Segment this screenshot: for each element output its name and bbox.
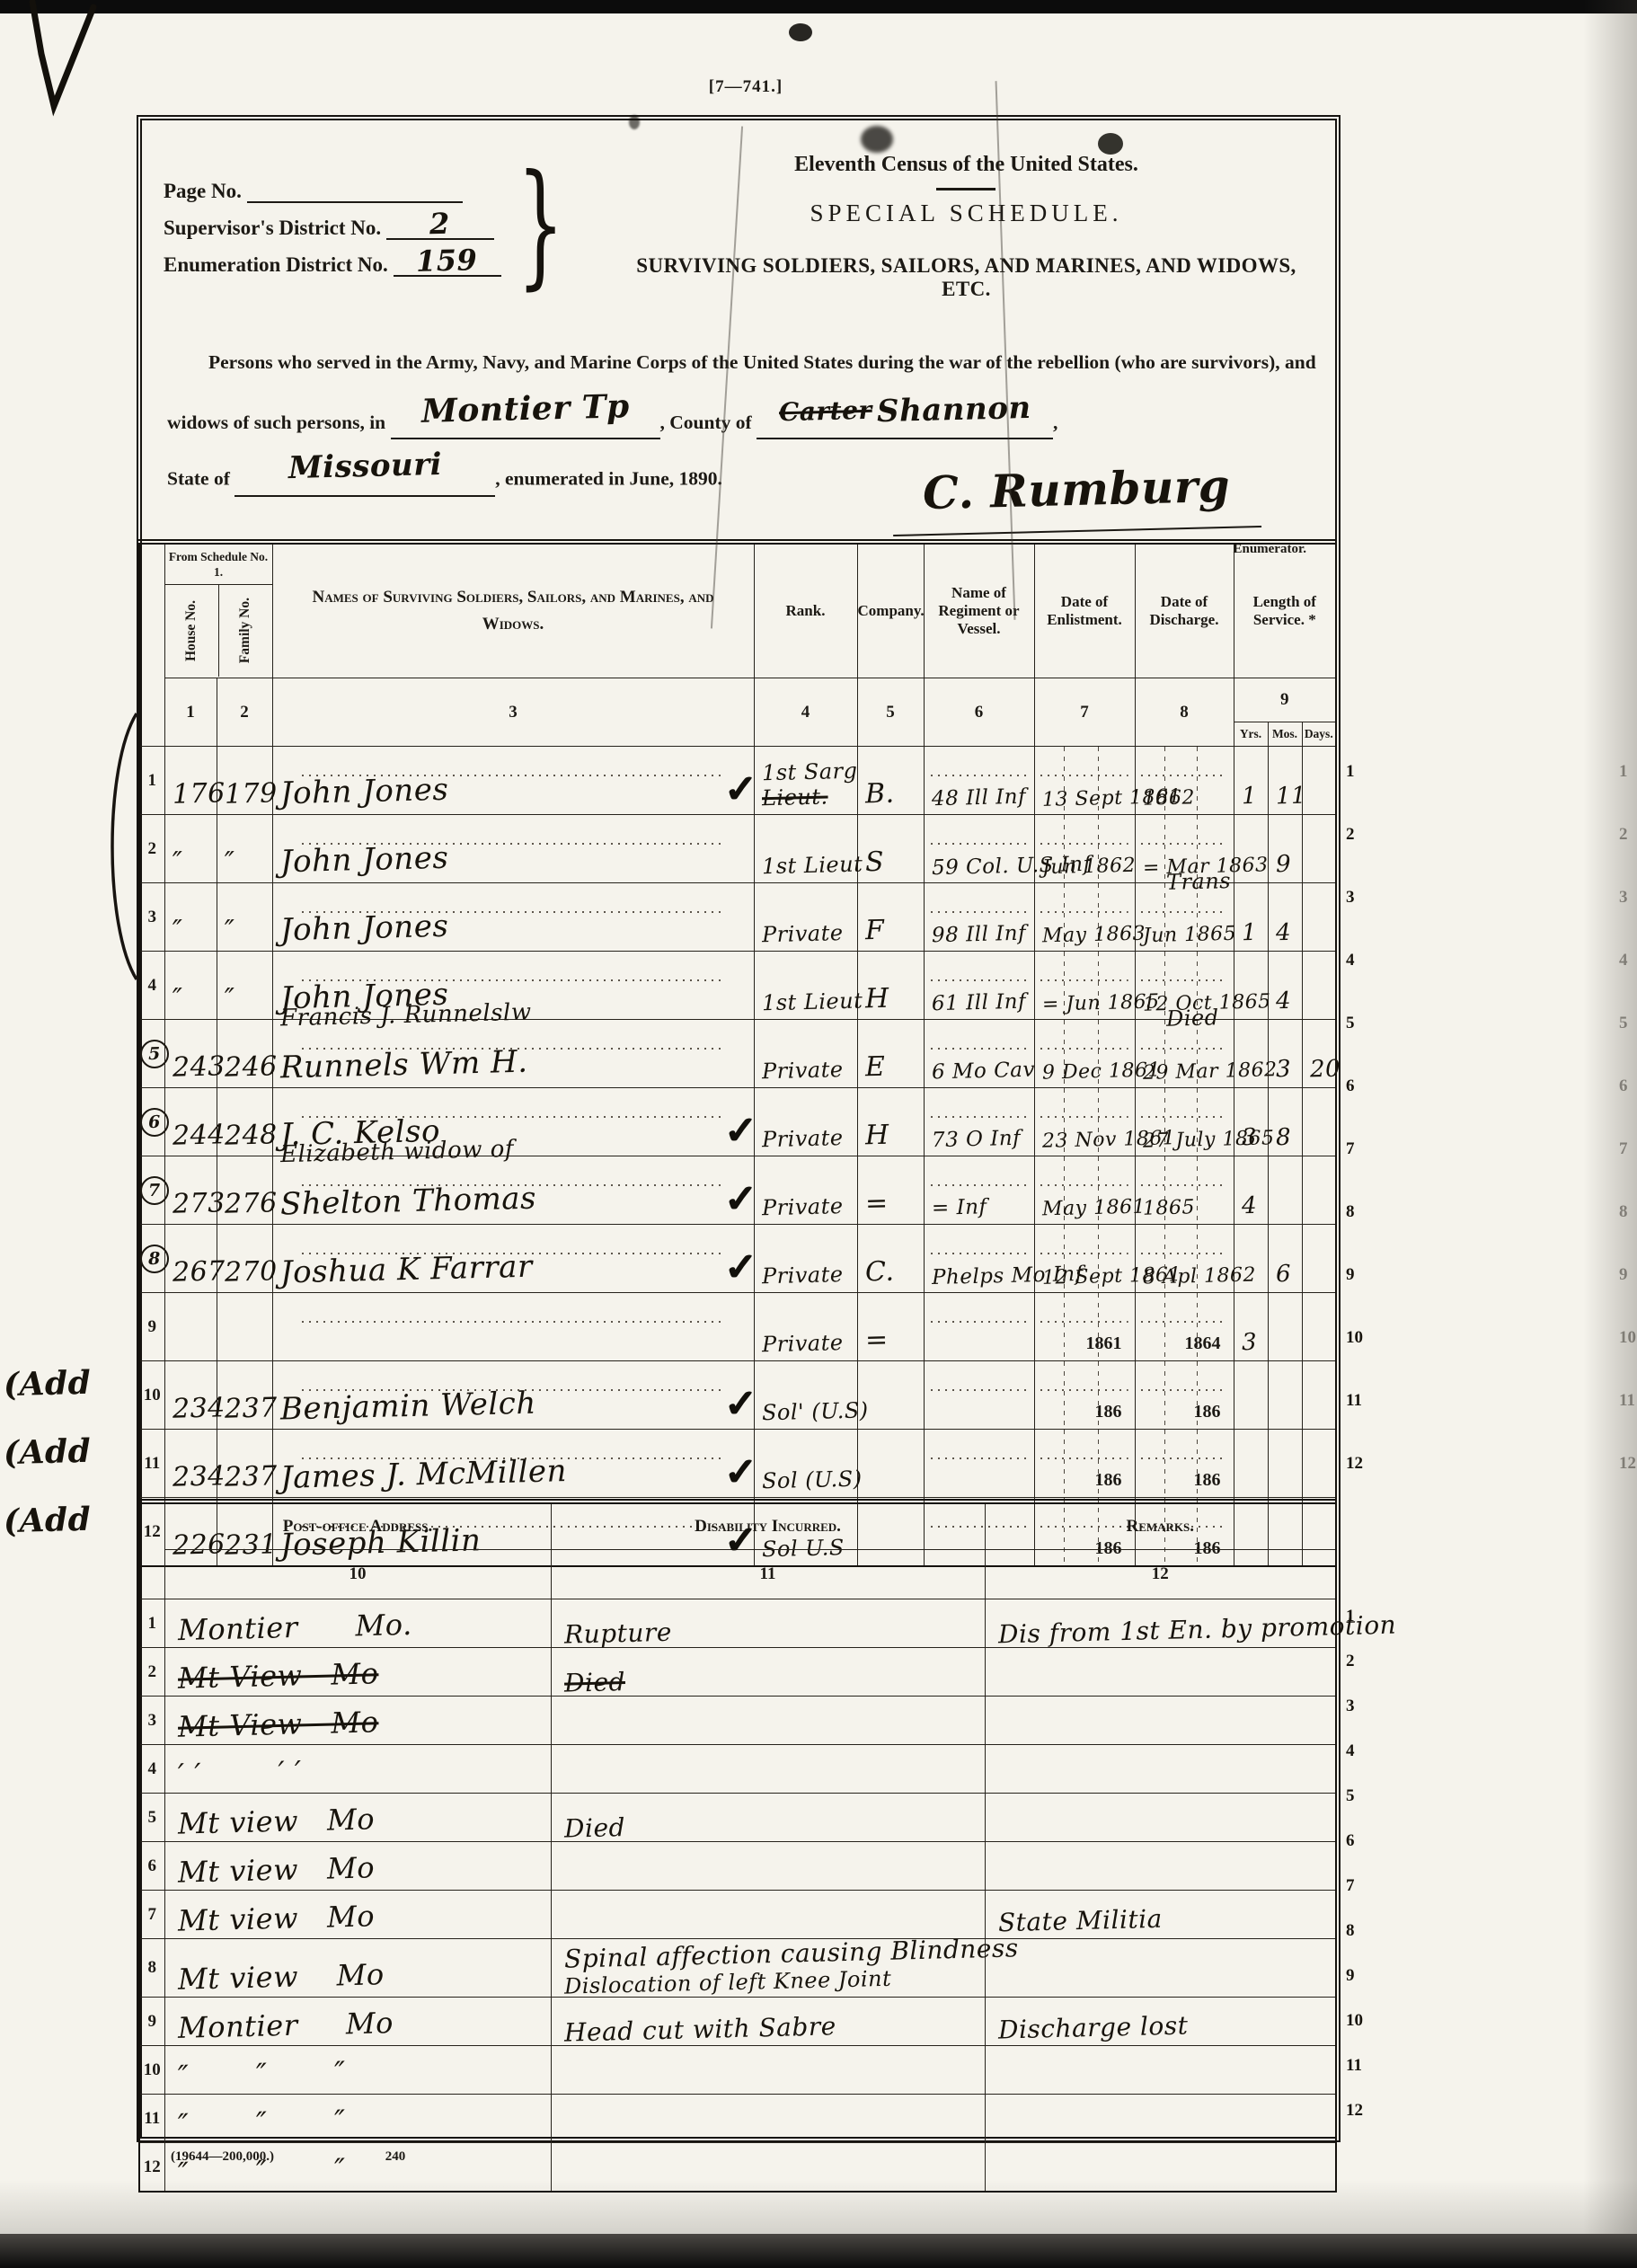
post-office-address-cell: Montier Mo [164, 1998, 551, 2046]
names-column-header: Names of Surviving Soldiers, Sailors, an… [272, 542, 754, 678]
house-no-cell: ″ [164, 815, 217, 883]
discharge-column-header: Date of Discharge. [1135, 542, 1234, 678]
scan-edge-right [1583, 0, 1637, 2268]
col-number-1: 1 [164, 678, 217, 747]
months-cell [1268, 1361, 1302, 1430]
from-schedule-note: From Schedule No. 1. [165, 545, 272, 585]
company-cell: = [857, 1293, 924, 1361]
months-cell: 6 [1268, 1225, 1302, 1293]
col-number-8: 8 [1135, 678, 1234, 747]
margin-row-number: 6 [1346, 1055, 1363, 1118]
row-number: 2 [148, 839, 157, 858]
regiment-cell: 48 Ill Inf [924, 747, 1034, 815]
regiment-cell: 6 Mo Cav [924, 1020, 1034, 1088]
years-cell [1234, 952, 1268, 1020]
soldier-row: 9 Private = 1861 1864 3 [139, 1293, 1336, 1361]
table-header-row: From Schedule No. 1. House No. Family No… [139, 542, 1336, 678]
post-office-address-cell: Mt view Mo [164, 1842, 551, 1891]
soldier-name: Joshua K Farrar [279, 1249, 533, 1291]
family-no-cell: 248 [217, 1088, 272, 1156]
col-number-3: 3 [272, 678, 754, 747]
company-cell: S [857, 815, 924, 883]
intro-line2: widows of such persons, in Montier Tp, C… [167, 380, 1319, 440]
soldier-row: 5 243 246 Francis J. Runnelslw Runnels W… [139, 1020, 1336, 1088]
regiment-cell [924, 1293, 1034, 1361]
house-no-cell: 243 [164, 1020, 217, 1088]
post-office-address-cell: ″ ″ ″ [164, 2095, 551, 2143]
row-number: 10 [144, 1386, 161, 1404]
row-number-cell: 8 [139, 1939, 164, 1998]
family-no-cell: 237 [217, 1430, 272, 1498]
discharge-cell: 1862 [1135, 747, 1234, 815]
years-cell [1234, 815, 1268, 883]
ink-blob [861, 126, 893, 153]
soldier-name: Shelton Thomas [279, 1181, 536, 1223]
regiment-cell: 73 O Inf [924, 1088, 1034, 1156]
house-no-cell: 267 [164, 1225, 217, 1293]
soldier-name: Runnels Wm H. [279, 1044, 527, 1086]
post-office-address-cell: Mt view Mo [164, 1891, 551, 1939]
print-code: (19644—200,000.) [171, 2149, 274, 2164]
days-cell: 20 [1302, 1020, 1336, 1088]
family-no-cell: 276 [217, 1156, 272, 1225]
margin-row-number: 2 [1346, 1639, 1363, 1684]
company-cell [857, 1430, 924, 1498]
row-number-cell: 9 [139, 1998, 164, 2046]
soldier-row: 8 267 270 Joshua K Farrar ✓ Private C. P… [139, 1225, 1336, 1293]
ink-blob [789, 23, 812, 41]
days-cell [1302, 1293, 1336, 1361]
form-header: Page No. Supervisor's District No. 2 Enu… [164, 149, 1323, 301]
address-disability-table: Post-office Address. Disability Incurred… [138, 1499, 1337, 2193]
house-no-header: House No. [165, 585, 219, 677]
brace-glyph [517, 168, 563, 283]
remarks-cell [985, 2095, 1336, 2143]
years-cell: 4 [1234, 1156, 1268, 1225]
row-number-cell: 6 [139, 1088, 164, 1156]
discharge-annotation: Trans [1165, 868, 1231, 895]
title-block: Eleventh Census of the United States. SP… [610, 149, 1323, 301]
col-number-10: 10 [164, 1550, 551, 1599]
schedule-title: SPECIAL SCHEDULE. [610, 199, 1323, 227]
remarks-cell [985, 1745, 1336, 1794]
col-number-6: 6 [924, 678, 1034, 747]
remarks-cell: State Militia [985, 1891, 1336, 1939]
soldier-row: 1 176 179 John Jones ✓ 1st Sarg Lieut. B… [139, 747, 1336, 815]
years-cell: 3 [1234, 1088, 1268, 1156]
margin-add-note: (Add [4, 1432, 92, 1472]
discharge-cell: 8 Apl 1862 [1135, 1225, 1234, 1293]
company-cell: B. [857, 747, 924, 815]
district-fields: Page No. Supervisor's District No. 2 Enu… [164, 149, 583, 301]
company-cell: C. [857, 1225, 924, 1293]
discharge-cell: Trans Jun 1865 [1135, 883, 1234, 952]
right-margin-row-numbers-main: 1 2 3 4 5 6 7 8 9 10 11 12 [1346, 740, 1363, 1495]
soldier-name: John Jones [279, 908, 448, 949]
name-cell: Francis J. Runnelslw Runnels Wm H. [272, 1020, 754, 1088]
margin-row-number: 5 [1346, 992, 1363, 1055]
days-subheader: Days. [1302, 722, 1336, 747]
handwritten-margin-brace [97, 712, 144, 981]
struck-disability: Died [563, 1658, 981, 1697]
disability-cell [551, 2095, 985, 2143]
name-cell: Elizabeth widow of Shelton Thomas ✓ [272, 1156, 754, 1225]
months-cell: 8 [1268, 1088, 1302, 1156]
rank-cell: Private [754, 883, 857, 952]
regiment-cell: = Inf [924, 1156, 1034, 1225]
row-number: 11 [144, 1454, 160, 1473]
margin-row-number: 5 [1346, 1774, 1363, 1819]
name-annotation: Elizabeth widow of [279, 1136, 514, 1168]
house-no-cell: 176 [164, 747, 217, 815]
name-cell [272, 1293, 754, 1361]
family-no-cell: 270 [217, 1225, 272, 1293]
name-cell: John Jones [272, 883, 754, 952]
remarks-cell [985, 1648, 1336, 1697]
enumerated-label: , enumerated in June, 1890. [495, 468, 722, 490]
days-cell [1302, 1361, 1336, 1430]
days-cell [1302, 1430, 1336, 1498]
row-number-cell: 9 [139, 1293, 164, 1361]
row-number-cell: 3 [139, 1697, 164, 1745]
checkmark-icon: ✓ [724, 1245, 757, 1290]
margin-row-number: 10 [1346, 1998, 1363, 2043]
name-cell: Joshua K Farrar ✓ [272, 1225, 754, 1293]
row-number-cell: 5 [139, 1020, 164, 1088]
checkmark-icon: ✓ [724, 1449, 757, 1495]
remarks-column-header: Remarks. [985, 1502, 1336, 1550]
rank-cell: Private [754, 1020, 857, 1088]
house-no-cell: ″ [164, 952, 217, 1020]
enlistment-cell: 13 Sept 1861 [1034, 747, 1135, 815]
disability-cell [551, 2046, 985, 2095]
rank-cell: 1st Sarg Lieut. [754, 747, 857, 815]
enlistment-cell: 23 Nov 1861 [1034, 1088, 1135, 1156]
address-row: 9 Montier Mo Head cut with Sabre Dischar… [139, 1998, 1336, 2046]
checkmark-icon: ✓ [724, 1518, 757, 1564]
rank-cell: 1st Lieut [754, 952, 857, 1020]
soldier-name: James J. McMillen [279, 1453, 567, 1496]
family-no-cell: ″ [217, 883, 272, 952]
supervisor-district-field: Supervisor's District No. 2 [164, 211, 501, 240]
margin-row-number: 8 [1346, 1181, 1363, 1244]
address-row: 6 Mt view Mo [139, 1842, 1336, 1891]
disability-cell: Died [551, 1648, 985, 1697]
county-suffix: , [1053, 412, 1057, 433]
margin-row-number: 12 [1346, 1432, 1363, 1495]
post-office-address-cell: ′ ′ ′ ′ [164, 1745, 551, 1794]
months-cell [1268, 1293, 1302, 1361]
years-cell: 1 [1234, 747, 1268, 815]
disability-cell [551, 1745, 985, 1794]
enumeration-district-field: Enumeration District No. 159 [164, 248, 501, 277]
house-no-cell: 244 [164, 1088, 217, 1156]
regiment-column-header: Name of Regiment or Vessel. [924, 542, 1034, 678]
row-number-cell: 8 [139, 1225, 164, 1293]
handwritten-checkmark-icon [7, 0, 115, 126]
months-cell [1268, 1156, 1302, 1225]
post-office-address-cell: Mt view Mo [164, 1794, 551, 1842]
house-no-cell: ″ [164, 883, 217, 952]
title-rule [936, 188, 995, 190]
months-cell: 3 [1268, 1020, 1302, 1088]
rank-cell: Private [754, 1156, 857, 1225]
row-number: 9 [148, 1317, 157, 1336]
house-family-headers: House No. Family No. [165, 585, 272, 677]
enumeration-district-label: Enumeration District No. [164, 253, 388, 276]
remarks-cell [985, 1842, 1336, 1891]
rank-cell: Private [754, 1088, 857, 1156]
family-no-cell [217, 1293, 272, 1361]
regiment-cell [924, 1361, 1034, 1430]
margin-row-number: 8 [1346, 1909, 1363, 1953]
state-label: State of [167, 468, 230, 490]
family-no-cell: 246 [217, 1020, 272, 1088]
days-cell [1302, 952, 1336, 1020]
supervisor-district-value: 2 [386, 211, 494, 240]
col-number-12: 12 [985, 1550, 1336, 1599]
name-annotation: Francis J. Runnelslw [279, 999, 531, 1032]
row-number-cell: 11 [139, 2095, 164, 2143]
remarks-cell: Discharge lost [985, 1998, 1336, 2046]
regiment-cell: Phelps Mo Inf [924, 1225, 1034, 1293]
row-number-cell: 7 [139, 1891, 164, 1939]
enlistment-cell: 12 Sept 1861 [1034, 1225, 1135, 1293]
margin-row-number: 1 [1346, 740, 1363, 803]
scanned-census-page: [7—741.] Page No. Supervisor's District … [0, 0, 1637, 2268]
disability-cell [551, 1891, 985, 1939]
soldier-name: John Jones [279, 840, 448, 881]
discharge-cell: 1865 [1135, 1156, 1234, 1225]
years-cell [1234, 1430, 1268, 1498]
company-cell: E [857, 1020, 924, 1088]
intro-line1: Persons who served in the Army, Navy, an… [167, 345, 1319, 380]
state-value: Missouri [234, 439, 495, 496]
rank-cell: 1st Lieut [754, 815, 857, 883]
post-office-address-cell: Mt View Mo [164, 1697, 551, 1745]
margin-row-number: 11 [1346, 1369, 1363, 1432]
struck-address: Mt View Mo [177, 1656, 378, 1695]
remarks-cell [985, 1697, 1336, 1745]
discharge-cell: 27 July 1865 [1135, 1088, 1234, 1156]
margin-row-number: 12 [1346, 2088, 1363, 2133]
page-no-label: Page No. [164, 180, 242, 202]
company-cell: F [857, 883, 924, 952]
regiment-cell: 59 Col. U.S Inf [924, 815, 1034, 883]
margin-row-number: 10 [1346, 1307, 1363, 1369]
post-office-address-cell: Mt View Mo [164, 1648, 551, 1697]
enlistment-cell: May 1861 [1034, 1156, 1135, 1225]
address-column-header: Post-office Address. [164, 1502, 551, 1550]
row-number-cell: 4 [139, 1745, 164, 1794]
struck-address: Mt View Mo [177, 1705, 378, 1743]
intro-paragraph: Persons who served in the Army, Navy, an… [167, 345, 1319, 497]
margin-row-number: 4 [1346, 1729, 1363, 1774]
days-cell [1302, 1088, 1336, 1156]
disability-cell: Died [551, 1794, 985, 1842]
page-no-value [247, 174, 463, 203]
remarks-cell [985, 2046, 1336, 2095]
address-row: 4 ′ ′ ′ ′ [139, 1745, 1336, 1794]
family-no-cell: ″ [217, 815, 272, 883]
row-number-cell: 7 [139, 1156, 164, 1225]
margin-row-number: 7 [1346, 1864, 1363, 1909]
months-cell: 4 [1268, 952, 1302, 1020]
col-number-2: 2 [217, 678, 272, 747]
checkmark-icon: ✓ [724, 1176, 757, 1222]
discharge-cell: Died 29 Mar 1862 [1135, 1020, 1234, 1088]
disability-cell [551, 1842, 985, 1891]
soldier-row: 11 (Add 234 237 James J. McMillen ✓ Sol … [139, 1430, 1336, 1498]
margin-row-number: 9 [1346, 1953, 1363, 1998]
struck-rank: Lieut. [761, 784, 855, 811]
address-row: 11 ″ ″ ″ [139, 2095, 1336, 2143]
row-number: 4 [148, 976, 157, 995]
name-cell: John Jones ✓ [272, 747, 754, 815]
row-number-cell: 2 [139, 1648, 164, 1697]
months-cell: 9 [1268, 815, 1302, 883]
company-column-header: Company. [857, 542, 924, 678]
enlistment-cell: 9 Dec 1861 [1034, 1020, 1135, 1088]
house-no-cell: 234 [164, 1430, 217, 1498]
house-no-cell [164, 1293, 217, 1361]
rank-cell: Sol' (U.S) [754, 1361, 857, 1430]
family-no-cell: ″ [217, 952, 272, 1020]
company-cell [857, 1361, 924, 1430]
company-cell: = [857, 1156, 924, 1225]
row-number: 1 [148, 771, 157, 790]
col-number-11: 11 [551, 1550, 985, 1599]
scan-edge-bottom-fade [0, 2180, 1637, 2234]
disability-cell: Spinal affection causing Blindness Dislo… [551, 1939, 985, 1998]
days-cell [1302, 815, 1336, 883]
discharge-annotation: Died [1165, 1005, 1218, 1031]
disability-column-header: Disability Incurred. [551, 1502, 985, 1550]
days-cell [1302, 883, 1336, 952]
regiment-cell: 98 Ill Inf [924, 883, 1034, 952]
regiment-cell: 61 Ill Inf [924, 952, 1034, 1020]
post-office-address-cell: ″ ″ ″ [164, 2046, 551, 2095]
disability-cell: Head cut with Sabre [551, 1998, 985, 2046]
margin-add-note: (Add [4, 1501, 92, 1540]
row-number-cell: 10 [139, 2046, 164, 2095]
rank-cell: Private [754, 1225, 857, 1293]
mos-subheader: Mos. [1268, 722, 1302, 747]
company-cell: H [857, 952, 924, 1020]
county-label: , County of [660, 412, 752, 433]
days-cell [1302, 1225, 1336, 1293]
soldier-name: Benjamin Welch [279, 1386, 536, 1428]
disability-cell: Rupture [551, 1599, 985, 1648]
enlistment-cell: 1861 [1034, 1293, 1135, 1361]
page-no-field: Page No. [164, 174, 501, 203]
address-row: 7 Mt view Mo State Militia [139, 1891, 1336, 1939]
col-number-9: 9 [1234, 678, 1336, 722]
row-number-cell: 6 [139, 1842, 164, 1891]
preprinted-year: 1864 [1185, 1333, 1221, 1354]
company-cell: H [857, 1088, 924, 1156]
schedule-subtitle: SURVIVING SOLDIERS, SAILORS, AND MARINES… [610, 254, 1323, 301]
checkmark-icon: ✓ [724, 1108, 757, 1154]
checkmark-icon: ✓ [724, 1381, 757, 1427]
soldier-name: John Jones [279, 772, 448, 812]
margin-row-number: 9 [1346, 1244, 1363, 1307]
months-cell: 11 [1268, 747, 1302, 815]
row-number-cell: 10 (Add [139, 1361, 164, 1430]
rank-cell: Private [754, 1293, 857, 1361]
discharge-cell: 186 [1135, 1361, 1234, 1430]
margin-row-number: 1 [1346, 1594, 1363, 1639]
checkmark-icon: ✓ [724, 766, 757, 812]
preprinted-year: 1861 [1086, 1333, 1122, 1354]
days-cell [1302, 747, 1336, 815]
row-number-cell: 5 [139, 1794, 164, 1842]
post-office-address-cell: Mt view Mo [164, 1939, 551, 1998]
preprinted-year: 186 [1194, 1470, 1221, 1491]
margin-row-number: 3 [1346, 1684, 1363, 1729]
row-number: 3 [148, 908, 157, 926]
row-number-cell: 1 [139, 1599, 164, 1648]
scan-edge-top [0, 0, 1637, 13]
service-column-header: Length of Service. * [1234, 542, 1336, 678]
supervisor-district-label: Supervisor's District No. [164, 217, 381, 239]
row-number-cell: 11 (Add [139, 1430, 164, 1498]
column-number-row: 1 2 3 4 5 6 7 8 9 [139, 678, 1336, 722]
intro-line2-prefix: widows of such persons, in [167, 412, 385, 433]
family-no-cell: 237 [217, 1361, 272, 1430]
name-cell: James J. McMillen ✓ [272, 1430, 754, 1498]
soldier-row: 10 (Add 234 237 Benjamin Welch ✓ Sol' (U… [139, 1361, 1336, 1430]
form-number: [7—741.] [0, 77, 1491, 97]
family-no-header: Family No. [219, 585, 272, 677]
disability-cell [551, 1697, 985, 1745]
margin-row-number: 2 [1346, 803, 1363, 866]
address-row: 10 ″ ″ ″ [139, 2046, 1336, 2095]
remarks-cell: Dis from 1st En. by promotion [985, 1599, 1336, 1648]
post-office-address-cell: Montier Mo. [164, 1599, 551, 1648]
rank-cell: Sol (U.S) [754, 1430, 857, 1498]
years-cell [1234, 1020, 1268, 1088]
years-cell [1234, 1361, 1268, 1430]
enlistment-cell: Jun 1862 [1034, 815, 1135, 883]
county-struck-value: Carter [778, 388, 872, 436]
print-code-footer: (19644—200,000.) 240 [171, 2149, 405, 2165]
house-no-cell: 234 [164, 1361, 217, 1430]
schedule-form: Page No. Supervisor's District No. 2 Enu… [137, 115, 1341, 2142]
preprinted-year: 186 [1095, 1470, 1122, 1491]
house-no-cell: 273 [164, 1156, 217, 1225]
soldier-row: 3 ″ ″ John Jones Private F 98 Ill Inf Ma… [139, 883, 1336, 952]
col-number-5: 5 [857, 678, 924, 747]
preprinted-year: 186 [1095, 1402, 1122, 1422]
family-no-cell: 179 [217, 747, 272, 815]
enlistment-cell: = Jun 1865 [1034, 952, 1135, 1020]
name-cell: John Jones [272, 815, 754, 883]
bottom-row-number-header [139, 1502, 164, 1599]
census-title: Eleventh Census of the United States. [610, 153, 1323, 177]
remarks-cell [985, 1939, 1336, 1998]
enlistment-column-header: Date of Enlistment. [1034, 542, 1135, 678]
scan-edge-bottom [0, 2234, 1637, 2268]
remarks-cell [985, 1794, 1336, 1842]
margin-row-number: 7 [1346, 1118, 1363, 1181]
margin-row-number: 6 [1346, 1819, 1363, 1864]
enumeration-district-value: 159 [394, 248, 501, 277]
months-cell: 4 [1268, 883, 1302, 952]
margin-row-number: 4 [1346, 929, 1363, 992]
years-cell: 3 [1234, 1293, 1268, 1361]
discharge-cell: 186 [1135, 1430, 1234, 1498]
